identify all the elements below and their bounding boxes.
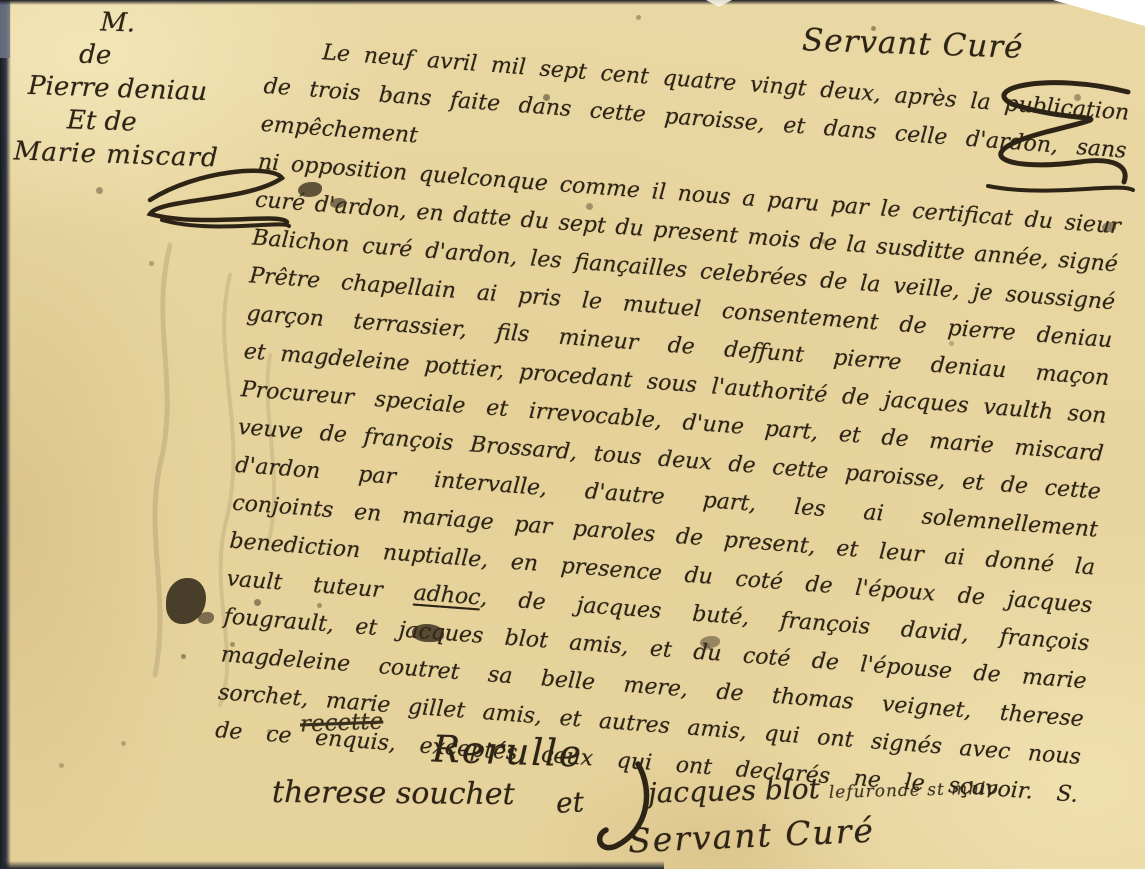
crossed-out-word: recette <box>300 709 384 738</box>
ink-blot <box>412 624 444 642</box>
manuscript-page: M. de Pierre deniau Et de Marie miscard … <box>0 0 1145 869</box>
signature-connector-et: et <box>555 785 585 819</box>
signature-jacques-blot-name: jacques blot <box>648 772 821 809</box>
signature-therese-souchet: therese souchet <box>272 775 515 812</box>
scan-edge-bottom <box>0 861 664 869</box>
scan-edge-corner <box>0 0 10 58</box>
act-body-text: Le neuf avril mil sept cent quatre vingt… <box>214 30 1131 815</box>
signature-jacques-blot-annotation: lefuronde st mhip <box>829 778 999 802</box>
underlined-word-adhoc: adhoc <box>413 581 482 611</box>
signature-servant-cure-top: Servant Curé <box>801 22 1024 66</box>
scan-edge-left <box>0 0 11 869</box>
margin-note: M. de Pierre deniau Et de Marie miscard <box>13 3 281 177</box>
scan-edge-top <box>0 0 1145 5</box>
signature-rerulle: Rerulle <box>431 727 583 775</box>
